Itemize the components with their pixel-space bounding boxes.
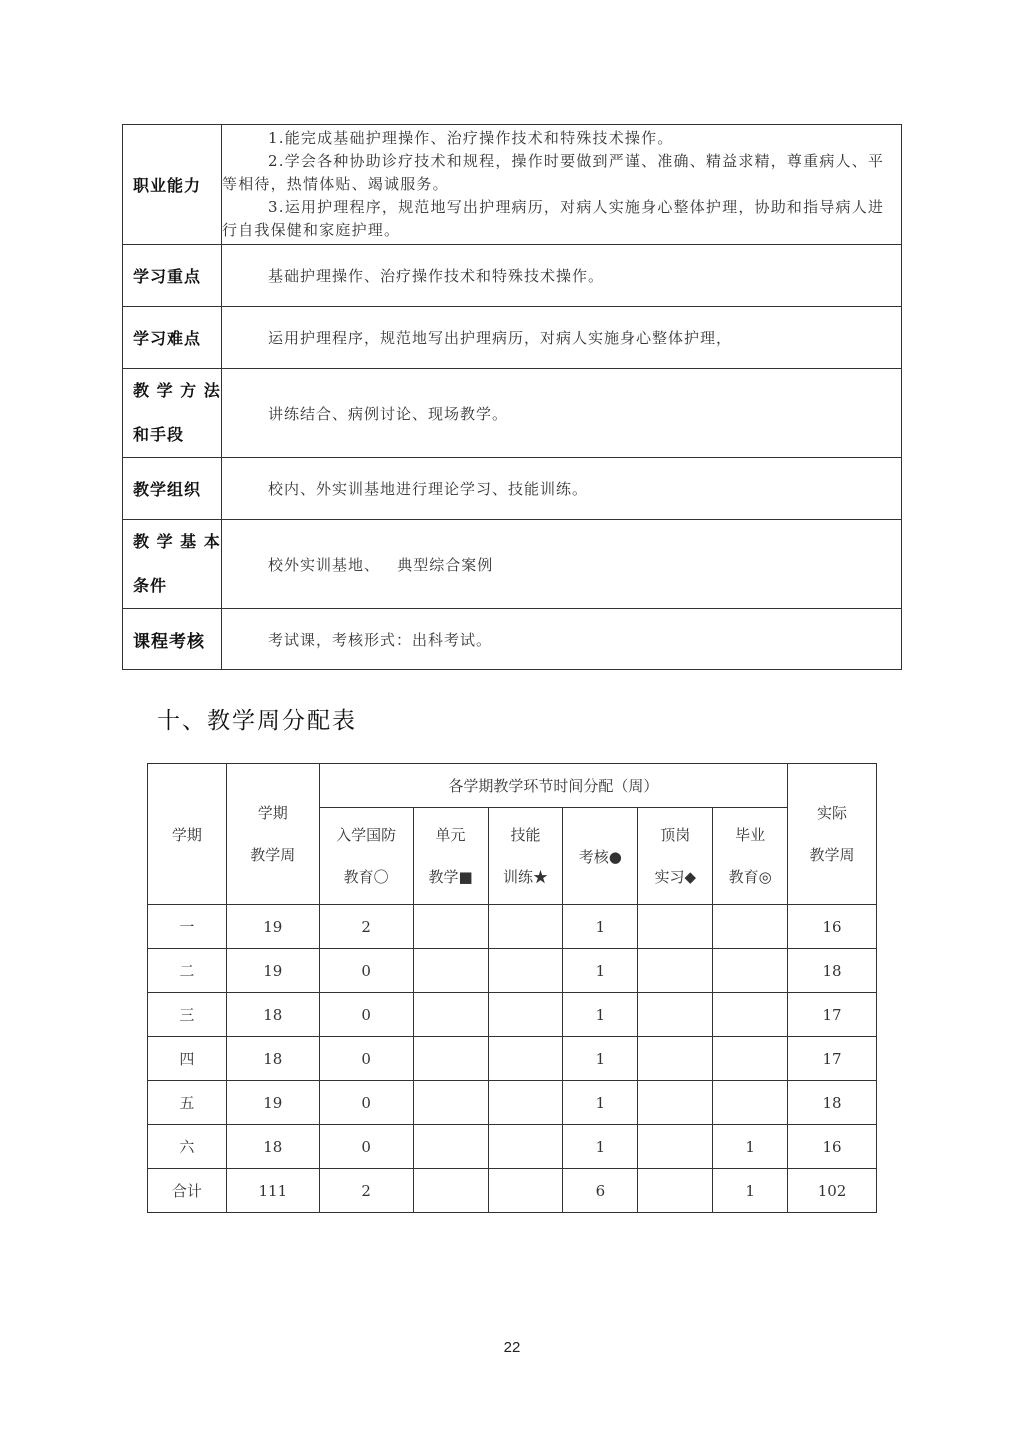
table-cell: 1 [563,1081,638,1125]
table-cell [638,1081,713,1125]
table-cell [488,905,563,949]
row-value: 校内、外实训基地进行理论学习、技能训练。 [222,458,902,520]
header-line-2: 实习◆ [638,856,712,898]
row-label: 教学组织 [123,458,222,520]
row-assessment: 课程考核 考试课，考核形式：出科考试。 [123,609,902,670]
table-cell: 17 [788,1037,877,1081]
table-cell [413,1125,488,1169]
row-value: 基础护理操作、治疗操作技术和特殊技术操作。 [222,245,902,307]
table-cell [713,993,788,1037]
row-label: 教 学 方 法和手段 [123,369,222,458]
header-line-2: 教育〇 [320,856,413,898]
row-value: 讲练结合、病例讨论、现场教学。 [222,369,902,458]
table-cell: 19 [226,905,319,949]
table-cell: 111 [226,1169,319,1213]
header-semester-weeks: 学期教学周 [226,764,319,905]
table-cell: 1 [713,1125,788,1169]
table-cell: 一 [148,905,227,949]
header-skill-training: 技能训练★ [488,808,563,905]
header-assessment: 考核● [563,808,638,905]
row-value: 1.能完成基础护理操作、治疗操作技术和特殊技术操作。 2.学会各种协助诊疗技术和… [222,125,902,245]
table-cell: 16 [788,1125,877,1169]
header-line-2: 训练★ [489,856,563,898]
label-line-2: 和手段 [133,413,221,457]
table-cell [638,905,713,949]
table-cell: 17 [788,993,877,1037]
row-key-points: 学习重点 基础护理操作、治疗操作技术和特殊技术操作。 [123,245,902,307]
header-line-2: 教学周 [227,834,319,876]
table-cell: 18 [226,993,319,1037]
header-unit-teaching: 单元教学■ [413,808,488,905]
row-difficulties: 学习难点 运用护理程序，规范地写出护理病历，对病人实施身心整体护理， [123,307,902,369]
row-label: 职业能力 [123,125,222,245]
ability-line-1: 1.能完成基础护理操作、治疗操作技术和特殊技术操作。 [222,127,891,150]
header-line-1: 毕业 [713,814,787,856]
header-line-1: 实际 [788,792,876,834]
header-line-2: 教学■ [414,856,488,898]
label-line-1: 教 学 基 本 [133,520,221,564]
table-cell: 2 [319,1169,413,1213]
table-cell: 1 [563,993,638,1037]
table-cell [488,993,563,1037]
table-cell: 19 [226,1081,319,1125]
table-cell [488,1169,563,1213]
table-row: 四180117 [148,1037,877,1081]
table-cell: 0 [319,1081,413,1125]
table-cell [638,993,713,1037]
table-cell [413,1037,488,1081]
table-cell: 18 [788,1081,877,1125]
table-row: 二190118 [148,949,877,993]
table-cell [713,1037,788,1081]
header-semester: 学期 [148,764,227,905]
teaching-week-table: 学期 学期教学周 各学期教学环节时间分配（周） 实际教学周 入学国防教育〇 单元… [147,763,877,1213]
row-label: 学习重点 [123,245,222,307]
table-cell [413,1081,488,1125]
ability-line-3: 3.运用护理程序，规范地写出护理病历，对病人实施身心整体护理，协助和指导病人进行… [222,196,891,242]
table-cell: 18 [226,1125,319,1169]
table-cell: 合计 [148,1169,227,1213]
table-cell: 五 [148,1081,227,1125]
header-internship: 顶岗实习◆ [638,808,713,905]
label-line-2: 条件 [133,564,221,608]
table-cell: 102 [788,1169,877,1213]
table-cell: 0 [319,1037,413,1081]
table-cell: 2 [319,905,413,949]
header-line-1: 技能 [489,814,563,856]
table-cell [713,949,788,993]
table-cell: 6 [563,1169,638,1213]
table-cell: 三 [148,993,227,1037]
table-row: 合计111261102 [148,1169,877,1213]
row-organization: 教学组织 校内、外实训基地进行理论学习、技能训练。 [123,458,902,520]
table-cell [413,949,488,993]
table-cell: 18 [788,949,877,993]
table-cell [488,1037,563,1081]
table-cell: 1 [563,1037,638,1081]
table-cell: 1 [713,1169,788,1213]
header-defense-education: 入学国防教育〇 [319,808,413,905]
row-label: 学习难点 [123,307,222,369]
table-cell [638,949,713,993]
header-actual-weeks: 实际教学周 [788,764,877,905]
header-graduation-education: 毕业教育◎ [713,808,788,905]
table-cell [713,1081,788,1125]
table-cell: 16 [788,905,877,949]
header-line-1: 单元 [414,814,488,856]
header-line-1: 学期 [227,792,319,834]
table-row: 一192116 [148,905,877,949]
row-value: 运用护理程序，规范地写出护理病历，对病人实施身心整体护理， [222,307,902,369]
table-cell: 18 [226,1037,319,1081]
table-cell [488,949,563,993]
table-cell [488,1125,563,1169]
row-label: 教 学 基 本条件 [123,520,222,609]
header-line-2: 教育◎ [713,856,787,898]
table-cell: 19 [226,949,319,993]
page-number: 22 [0,1339,1024,1356]
table-cell [413,1169,488,1213]
table-cell [638,1169,713,1213]
row-basic-conditions: 教 学 基 本条件 校外实训基地、 典型综合案例 [123,520,902,609]
table-cell [413,905,488,949]
header-line-1: 入学国防 [320,814,413,856]
label-line-1: 教 学 方 法 [133,369,221,413]
table-cell [638,1037,713,1081]
table-cell: 1 [563,905,638,949]
header-line-1: 顶岗 [638,814,712,856]
row-value: 校外实训基地、 典型综合案例 [222,520,902,609]
course-info-table: 职业能力 1.能完成基础护理操作、治疗操作技术和特殊技术操作。 2.学会各种协助… [122,124,902,670]
table-cell [713,905,788,949]
table-cell [638,1125,713,1169]
table-cell: 1 [563,1125,638,1169]
row-vocational-ability: 职业能力 1.能完成基础护理操作、治疗操作技术和特殊技术操作。 2.学会各种协助… [123,125,902,245]
header-line-2: 教学周 [788,834,876,876]
header-row-1: 学期 学期教学周 各学期教学环节时间分配（周） 实际教学周 [148,764,877,808]
row-teaching-methods: 教 学 方 法和手段 讲练结合、病例讨论、现场教学。 [123,369,902,458]
row-value: 考试课，考核形式：出科考试。 [222,609,902,670]
table-cell [413,993,488,1037]
table-cell: 六 [148,1125,227,1169]
ability-line-2: 2.学会各种协助诊疗技术和规程，操作时要做到严谨、准确、精益求精，尊重病人、平等… [222,150,891,196]
table-cell: 四 [148,1037,227,1081]
table-row: 五190118 [148,1081,877,1125]
table-cell: 二 [148,949,227,993]
week-table-body: 一192116二190118三180117四180117五190118六1801… [148,905,877,1213]
table-row: 三180117 [148,993,877,1037]
table-cell: 0 [319,949,413,993]
table-cell: 0 [319,1125,413,1169]
header-group: 各学期教学环节时间分配（周） [319,764,787,808]
table-row: 六1801116 [148,1125,877,1169]
row-label: 课程考核 [123,609,222,670]
table-cell: 0 [319,993,413,1037]
table-cell: 1 [563,949,638,993]
section-title: 十、教学周分配表 [157,702,357,735]
table-cell [488,1081,563,1125]
